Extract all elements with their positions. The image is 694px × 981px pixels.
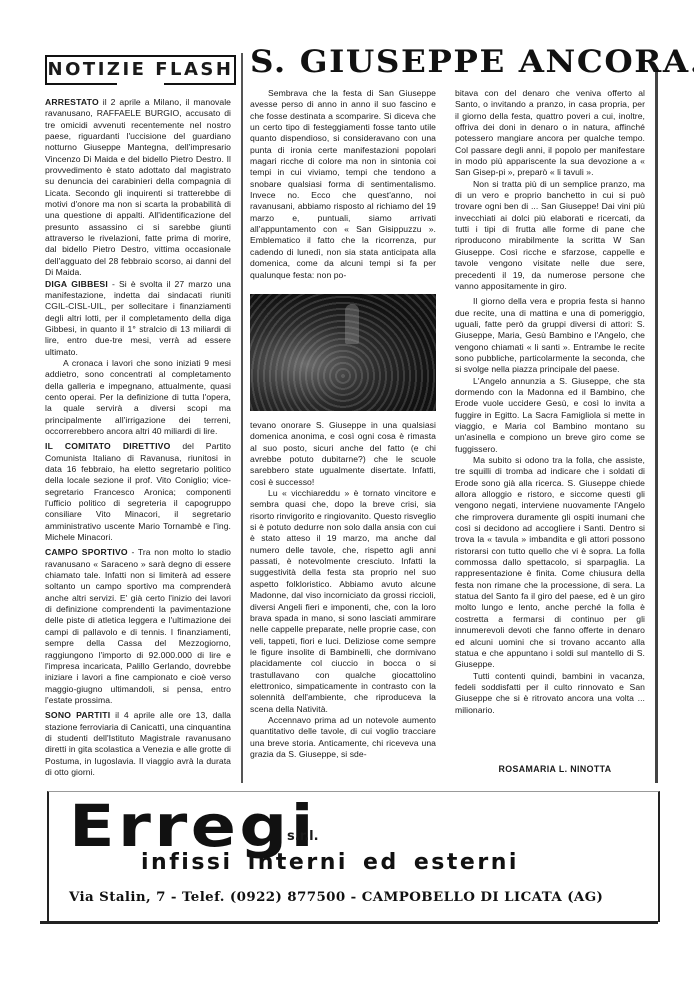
article-paragraph: Ma subito si odono tra la folla, che ass… bbox=[455, 455, 645, 671]
news-body: - Si è svolta il 27 marzo una manifestaz… bbox=[45, 279, 231, 357]
ad-bottom-rule bbox=[40, 921, 658, 924]
news-item-campo-sportivo: CAMPO SPORTIVO - Tra non molto lo stadio… bbox=[45, 547, 231, 706]
title-underline-right bbox=[164, 83, 236, 85]
article-paragraph: Non si tratta più di un semplice pranzo,… bbox=[455, 179, 645, 292]
news-lead: ARRESTATO bbox=[45, 97, 99, 107]
article-paragraph: tevano onorare S. Giuseppe in una qualsi… bbox=[250, 420, 436, 488]
news-body: il 2 aprile a Milano, il manovale ravanu… bbox=[45, 97, 231, 277]
article-column-1-top: Sembrava che la festa di San Giuseppe av… bbox=[250, 88, 436, 281]
article-paragraph: L'Angelo annunzia a S. Giuseppe, che sta… bbox=[455, 376, 645, 455]
notizie-flash-column: ARRESTATO il 2 aprile a Milano, il manov… bbox=[45, 97, 231, 778]
news-lead: IL COMITATO DIRETTIVO bbox=[45, 441, 171, 451]
column-divider-right bbox=[655, 68, 658, 783]
news-body: il 4 aprile alle ore 13, dalla stazione … bbox=[45, 710, 231, 777]
notizie-flash-title: NOTIZIE FLASH bbox=[47, 59, 234, 80]
article-paragraph: Accennavo prima ad un notevole aumento q… bbox=[250, 715, 436, 760]
title-underline-left bbox=[45, 83, 117, 85]
news-item-arrestato: ARRESTATO il 2 aprile a Milano, il manov… bbox=[45, 97, 231, 279]
news-lead: CAMPO SPORTIVO bbox=[45, 547, 128, 557]
article-column-1-bottom: tevano onorare S. Giuseppe in una qualsi… bbox=[250, 420, 436, 760]
news-lead: DIGA GIBBESI bbox=[45, 279, 108, 289]
festa-photo-image bbox=[250, 294, 436, 411]
news-body: - Tra non molto lo stadio ravanusano « S… bbox=[45, 547, 231, 704]
news-item-sono-partiti: SONO PARTITI il 4 aprile alle ore 13, da… bbox=[45, 710, 231, 778]
article-paragraph: Sembrava che la festa di San Giuseppe av… bbox=[250, 88, 436, 281]
ad-tagline: infissi interni ed esterni bbox=[141, 850, 519, 875]
article-paragraph: Il giorno della vera e propria festa si … bbox=[455, 296, 645, 375]
article-column-2: bitava con del denaro che veniva offerto… bbox=[455, 88, 645, 716]
article-paragraph: Tutti contenti quindi, bambini in vacanz… bbox=[455, 671, 645, 716]
news-lead: SONO PARTITI bbox=[45, 710, 110, 720]
erregi-advertisement: Erregi s.r.l. infissi interni ed esterni… bbox=[47, 791, 660, 922]
article-paragraph: bitava con del denaro che veniva offerto… bbox=[455, 88, 645, 179]
news-paragraph: A cronaca i lavori che sono iniziati 9 m… bbox=[45, 358, 231, 437]
notizie-flash-title-box: NOTIZIE FLASH bbox=[45, 55, 236, 83]
ad-address: Via Stalin, 7 - Telef. (0922) 877500 - C… bbox=[69, 889, 603, 905]
ad-company-suffix: s.r.l. bbox=[287, 829, 319, 844]
news-body: del Partito Comunista Italiano di Ravanu… bbox=[45, 441, 231, 542]
news-item-diga-gibbesi: DIGA GIBBESI - Si è svolta il 27 marzo u… bbox=[45, 279, 231, 358]
article-paragraph: Lu « vicchiareddu » è tornato vincitore … bbox=[250, 488, 436, 715]
article-headline: S. GIUSEPPE ANCORA... bbox=[250, 44, 694, 80]
article-byline: ROSAMARIA L. NINOTTA bbox=[455, 764, 655, 774]
news-item-comitato-direttivo: IL COMITATO DIRETTIVO del Partito Comuni… bbox=[45, 441, 231, 543]
column-divider-left bbox=[241, 53, 243, 783]
